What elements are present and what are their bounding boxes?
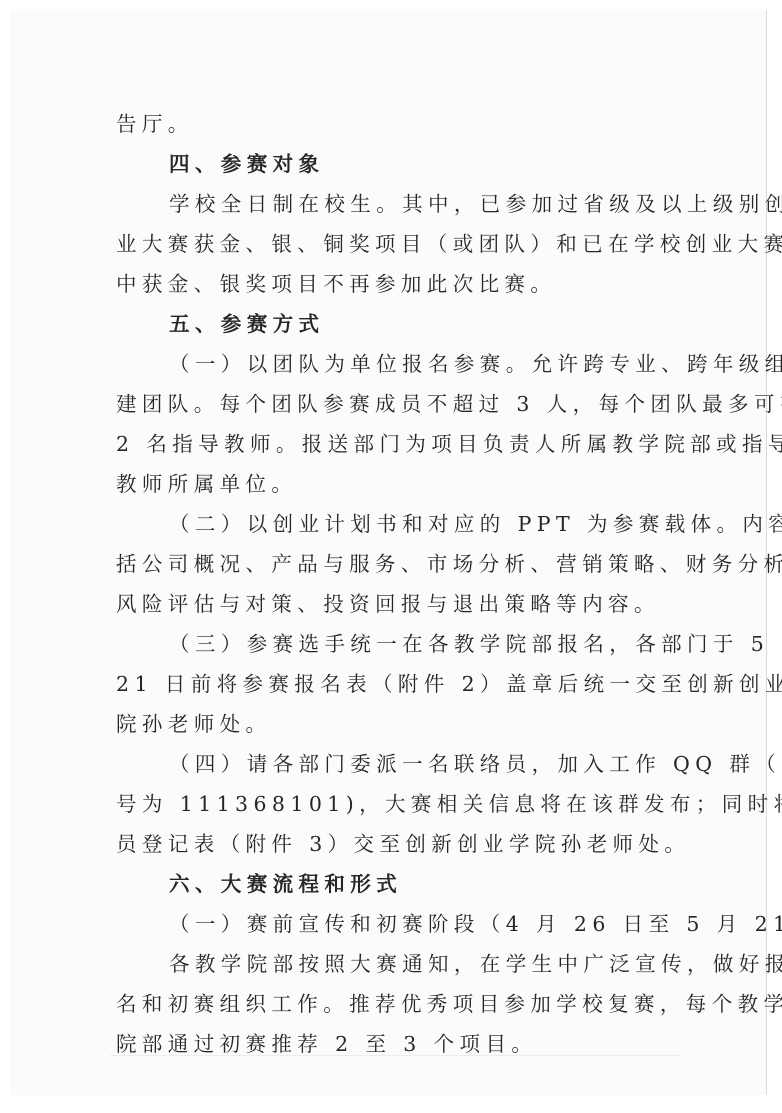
section-heading: 五、参赛方式 xyxy=(116,304,696,344)
paragraph-first-line: 各教学院部按照大赛通知，在学生中广泛宣传，做好报 xyxy=(116,944,696,984)
paragraph-line: 院孙老师处。 xyxy=(116,704,696,744)
paragraph-line: 告厅。 xyxy=(116,104,696,144)
paragraph-line: 2 名指导教师。报送部门为项目负责人所属教学院部或指导 xyxy=(116,424,696,464)
document-body: 告厅。四、参赛对象学校全日制在校生。其中，已参加过省级及以上级别创业大赛获金、银… xyxy=(116,104,696,1064)
paragraph-line: 员登记表（附件 3）交至创新创业学院孙老师处。 xyxy=(116,824,696,864)
paragraph-first-line: （一）以团队为单位报名参赛。允许跨专业、跨年级组 xyxy=(116,344,696,384)
faint-scan-line xyxy=(110,1055,680,1056)
document-page: 告厅。四、参赛对象学校全日制在校生。其中，已参加过省级及以上级别创业大赛获金、银… xyxy=(10,10,767,1095)
section-heading: 六、大赛流程和形式 xyxy=(116,864,696,904)
paragraph-line: 中获金、银奖项目不再参加此次比赛。 xyxy=(116,264,696,304)
section-heading: 四、参赛对象 xyxy=(116,144,696,184)
paragraph-line: 21 日前将参赛报名表（附件 2）盖章后统一交至创新创业学 xyxy=(116,664,696,704)
paragraph-first-line: （一）赛前宣传和初赛阶段（4 月 26 日至 5 月 21 日） xyxy=(116,904,696,944)
paragraph-line: 建团队。每个团队参赛成员不超过 3 人，每个团队最多可有 xyxy=(116,384,696,424)
paragraph-line: 教师所属单位。 xyxy=(116,464,696,504)
paragraph-line: 括公司概况、产品与服务、市场分析、营销策略、财务分析、 xyxy=(116,544,696,584)
paragraph-first-line: （二）以创业计划书和对应的 PPT 为参赛载体。内容包 xyxy=(116,504,696,544)
paragraph-line: 风险评估与对策、投资回报与退出策略等内容。 xyxy=(116,584,696,624)
paragraph-line: 名和初赛组织工作。推荐优秀项目参加学校复赛，每个教学 xyxy=(116,984,696,1024)
paragraph-line: 院部通过初赛推荐 2 至 3 个项目。 xyxy=(116,1024,696,1064)
paragraph-line: 业大赛获金、银、铜奖项目（或团队）和已在学校创业大赛 xyxy=(116,224,696,264)
paragraph-first-line: 学校全日制在校生。其中，已参加过省级及以上级别创 xyxy=(116,184,696,224)
paragraph-first-line: （三）参赛选手统一在各教学院部报名，各部门于 5 月 xyxy=(116,624,696,664)
paragraph-first-line: （四）请各部门委派一名联络员，加入工作 QQ 群（群 xyxy=(116,744,696,784)
paragraph-line: 号为 111368101)，大赛相关信息将在该群发布；同时将联络 xyxy=(116,784,696,824)
